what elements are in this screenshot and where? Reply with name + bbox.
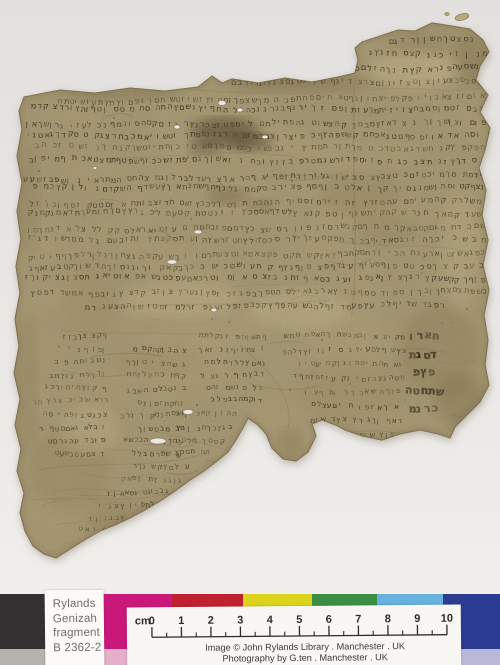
ruler-number-3: 3: [237, 614, 243, 626]
manuscript-fragment: נסצטךחשןןרדגםמנןזיכגנקצסחזנץנשאנשסעהפנרא…: [0, 0, 500, 665]
ruler-number-8: 8: [385, 613, 391, 625]
photo-stage: נסצטךחשןןרדגםמנןזיכגנקצסחזנץנשאנשסעהפנרא…: [0, 0, 500, 665]
parchment-crumb: [445, 12, 450, 15]
hole: [237, 108, 243, 112]
ruler-number-1: 1: [178, 615, 184, 627]
label-line-type: fragment: [53, 626, 104, 641]
catalog-label-card: Rylands Genizah fragment B 2362-2: [45, 590, 105, 665]
hole: [211, 308, 217, 312]
ruler-number-7: 7: [355, 613, 361, 625]
ruler-number-9: 9: [414, 613, 420, 625]
label-line-collection: Rylands: [53, 597, 104, 612]
photo-credit-line-2: Photography by G.ten . Manchester . UK: [127, 652, 461, 665]
hole: [183, 410, 193, 415]
hole: [150, 438, 166, 444]
parchment-crumb: [454, 12, 469, 22]
label-line-series: Genizah: [53, 611, 104, 626]
hole: [262, 135, 268, 139]
ruler-number-4: 4: [267, 614, 274, 626]
ruler-number-5: 5: [296, 614, 302, 626]
ruler-card: cm012345678910 Image © John Rylands Libr…: [127, 605, 462, 665]
hole: [218, 101, 226, 106]
ruler-number-2: 2: [208, 615, 214, 627]
hole: [167, 260, 177, 264]
hole: [93, 167, 97, 170]
ruler-scale: cm012345678910: [127, 607, 461, 644]
ruler-number-6: 6: [326, 614, 332, 626]
hole: [194, 230, 202, 234]
ruler-number-0: 0: [149, 615, 155, 627]
ruler-number-10: 10: [441, 613, 453, 625]
label-line-shelfmark: B 2362-2: [53, 640, 104, 655]
hole: [174, 125, 180, 129]
parchment-surface: נסצטךחשןןרדגםמנןזיכגנקצסחזנץנשאנשסעהפנרא…: [0, 0, 500, 600]
